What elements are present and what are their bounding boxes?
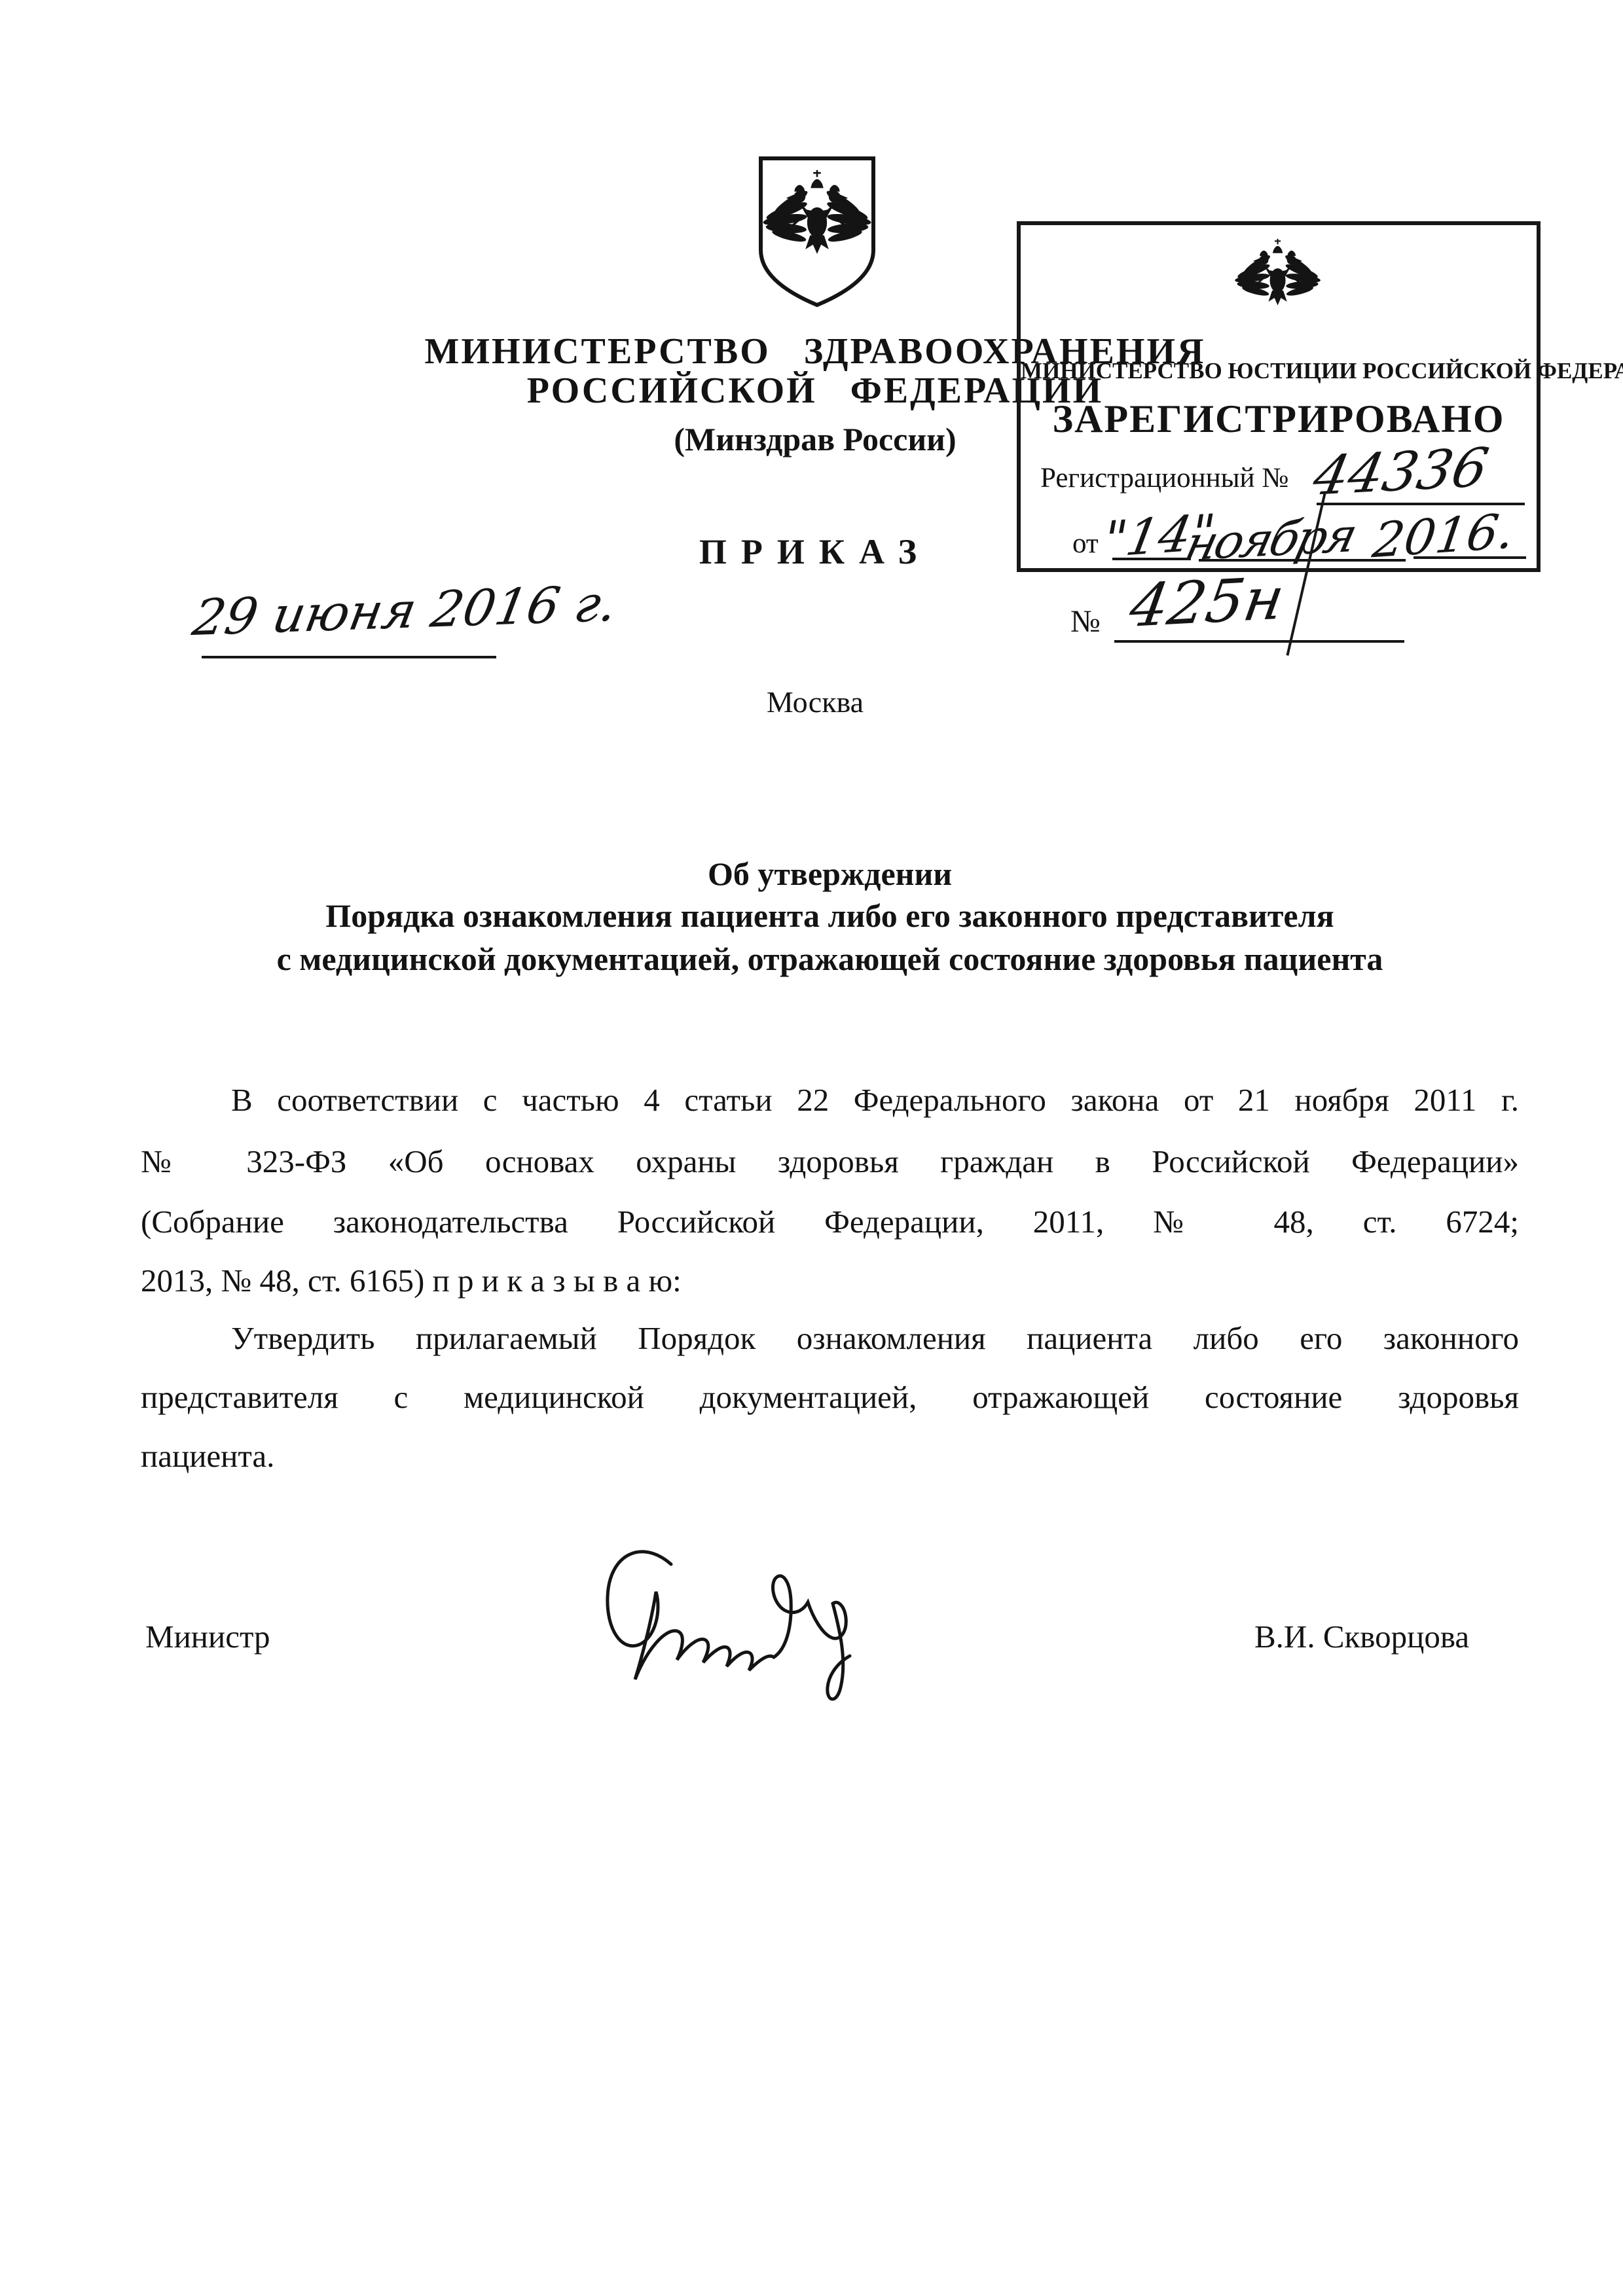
order-number-underline [1114,640,1404,643]
order-title-line2: Порядка ознакомления пациента либо его з… [141,897,1519,935]
stamp-date-prefix: от [1072,528,1099,560]
justice-ministry-registration-stamp: МИНИСТЕРСТВО ЮСТИЦИИ РОССИЙСКОЙ ФЕДЕРАЦИ… [1017,221,1541,572]
signer-position-label: Министр [145,1618,270,1655]
stamp-date-underline-2 [1199,559,1406,562]
stamp-reg-number-handwritten: 44336 [1308,437,1493,508]
order-title-line1: Об утверждении [141,855,1519,893]
order-date-handwritten: 29 июня 2016 г. [189,574,622,647]
order-number-handwritten: 425н [1125,564,1288,641]
order-number-label: № [1070,603,1101,639]
body-text-line5: Утвердить прилагаемый Порядок ознакомлен… [141,1319,1519,1357]
body-text-line6: представителя с медицинской документацие… [141,1378,1519,1416]
stamp-reg-number-label: Регистрационный № [1040,462,1288,494]
justice-ministry-eagle-icon [1231,233,1326,335]
order-document-page: МИНИСТЕРСТВО ЗДРАВООХРАНЕНИЯ РОССИЙСКОЙ … [0,0,1623,2296]
stamp-registered-label: ЗАРЕГИСТРИРОВАНО [1021,397,1537,442]
body-text-line3: (Собрание законодательства Российской Фе… [141,1203,1519,1240]
order-date-underline [202,656,496,658]
coat-of-arms-icon [750,152,884,312]
stamp-ministry-name: МИНИСТЕРСТВО ЮСТИЦИИ РОССИЙСКОЙ ФЕДЕРАЦИ… [1021,358,1537,384]
body-text-line7: пациента. [141,1437,1519,1475]
order-title-line3: с медицинской документацией, отражающей … [141,940,1519,978]
body-text-line4: 2013, № 48, ст. 6165) п р и к а з ы в а … [141,1262,1519,1299]
stamp-date-underline-3 [1413,556,1526,559]
signer-name: В.И. Скворцова [1254,1618,1469,1655]
minister-signature [537,1518,982,1708]
city-label: Москва [262,685,1368,719]
body-text-line2: № 323-ФЗ «Об основах охраны здоровья гра… [141,1143,1519,1180]
body-text-line1: В соответствии с частью 4 статьи 22 Феде… [141,1081,1519,1119]
stamp-date-underline-1 [1112,558,1191,560]
